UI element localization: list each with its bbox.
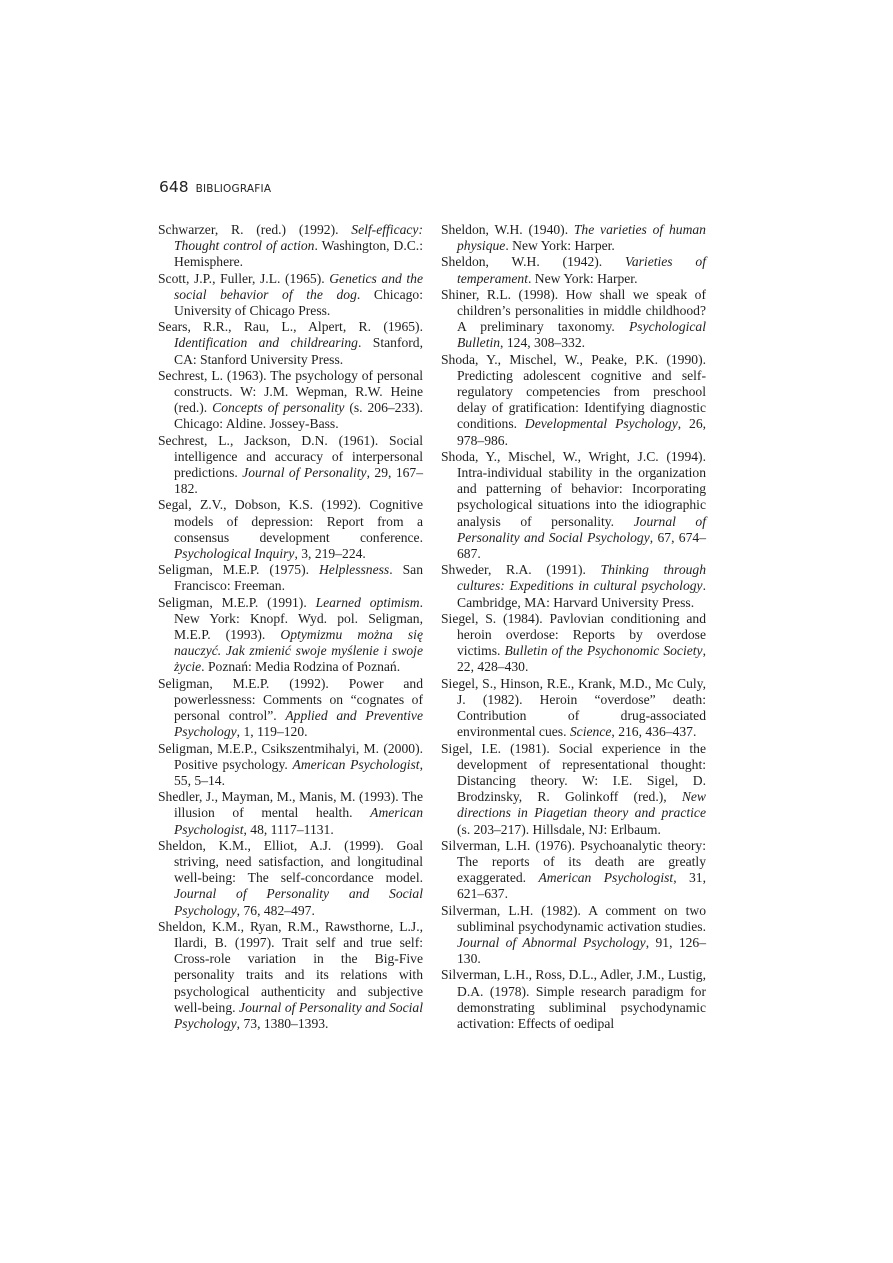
bibliography-entry: Seligman, M.E.P. (1975). Helplessness. S… bbox=[158, 562, 423, 594]
bibliography-entry: Scott, J.P., Fuller, J.L. (1965). Geneti… bbox=[158, 271, 423, 320]
bibliography-entry: Schwarzer, R. (red.) (1992). Self-effica… bbox=[158, 222, 423, 271]
bibliography-entry: Seligman, M.E.P. (1991). Learned optimis… bbox=[158, 595, 423, 676]
bibliography-entry: Sigel, I.E. (1981). Social experience in… bbox=[441, 741, 706, 838]
bibliography-entry: Sheldon, W.H. (1942). Varieties of tempe… bbox=[441, 254, 706, 286]
bibliography-entry: Shiner, R.L. (1998). How shall we speak … bbox=[441, 287, 706, 352]
bibliography-entry: Silverman, L.H. (1982). A comment on two… bbox=[441, 903, 706, 968]
bibliography-entry: Silverman, L.H., Ross, D.L., Adler, J.M.… bbox=[441, 967, 706, 1032]
bibliography-entry: Seligman, M.E.P., Csikszentmihalyi, M. (… bbox=[158, 741, 423, 790]
bibliography-entry: Sears, R.R., Rau, L., Alpert, R. (1965).… bbox=[158, 319, 423, 368]
bibliography-entry: Sechrest, L. (1963). The psychology of p… bbox=[158, 368, 423, 433]
bibliography-entry: Sheldon, W.H. (1940). The varieties of h… bbox=[441, 222, 706, 254]
bibliography-entry: Sechrest, L., Jackson, D.N. (1961). Soci… bbox=[158, 433, 423, 498]
bibliography-entry: Siegel, S. (1984). Pavlovian conditionin… bbox=[441, 611, 706, 676]
bibliography-entry: Sheldon, K.M., Ryan, R.M., Rawsthorne, L… bbox=[158, 919, 423, 1032]
right-column: Sheldon, W.H. (1940). The varieties of h… bbox=[441, 222, 706, 1032]
bibliography-entry: Segal, Z.V., Dobson, K.S. (1992). Cognit… bbox=[158, 497, 423, 562]
left-column: Schwarzer, R. (red.) (1992). Self-effica… bbox=[158, 222, 423, 1032]
bibliography-entry: Seligman, M.E.P. (1992). Power and power… bbox=[158, 676, 423, 741]
bibliography-entry: Shweder, R.A. (1991). Thinking through c… bbox=[441, 562, 706, 611]
bibliography-entry: Shedler, J., Mayman, M., Manis, M. (1993… bbox=[158, 789, 423, 838]
book-page: 648 BIBLIOGRAFIA Schwarzer, R. (red.) (1… bbox=[0, 0, 893, 1263]
page-number: 648 bbox=[159, 178, 189, 196]
bibliography-entry: Siegel, S., Hinson, R.E., Krank, M.D., M… bbox=[441, 676, 706, 741]
section-title: BIBLIOGRAFIA bbox=[196, 183, 272, 195]
bibliography-entry: Shoda, Y., Mischel, W., Wright, J.C. (19… bbox=[441, 449, 706, 562]
running-header: 648 BIBLIOGRAFIA bbox=[159, 178, 271, 196]
bibliography-entry: Sheldon, K.M., Elliot, A.J. (1999). Goal… bbox=[158, 838, 423, 919]
bibliography-entry: Silverman, L.H. (1976). Psychoanalytic t… bbox=[441, 838, 706, 903]
bibliography-entry: Shoda, Y., Mischel, W., Peake, P.K. (199… bbox=[441, 352, 706, 449]
